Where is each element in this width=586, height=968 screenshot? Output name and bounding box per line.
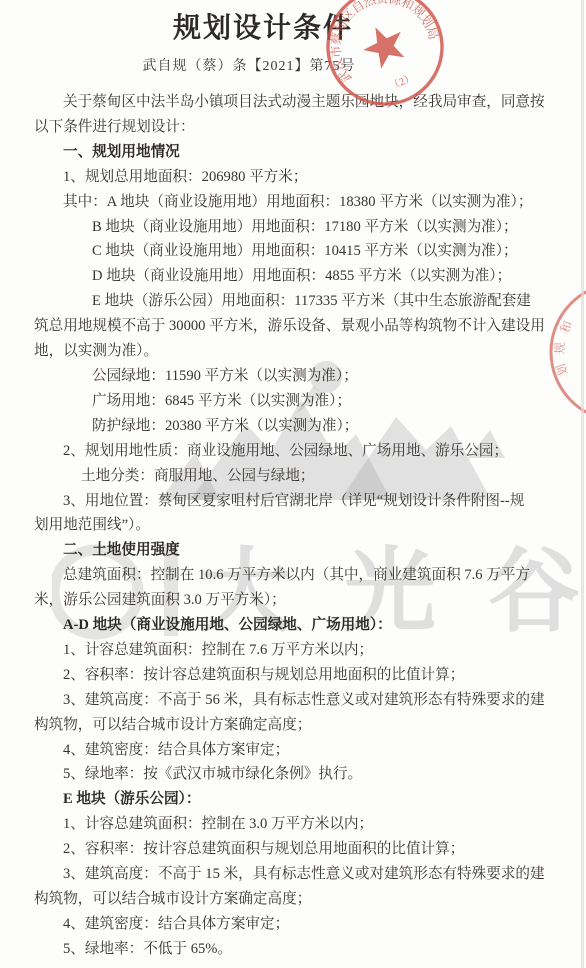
doc-line: D 地块（商业设施用地）用地面积：4855 平方米（以实测为准）； [34, 264, 560, 289]
doc-line: 4、建筑密度：结合具体方案审定； [34, 912, 560, 937]
subsection-heading: A-D 地块（商业设施用地、公园绿地、广场用地）： [34, 613, 560, 638]
red-star-icon [357, 18, 412, 72]
doc-line: 3、建筑高度：不高于 56 米，具有标志性意义或对建筑形态有特殊要求的建 [34, 688, 560, 713]
doc-line: 5、绿地率：不低于 65%。 [34, 937, 560, 962]
official-seal-stamp: 武汉市蔡甸区自然资源和规划局 （2） [306, 0, 476, 116]
doc-line: 总建筑面积：控制在 10.6 万平方米以内（其中，商业建筑面积 7.6 万平方 [34, 563, 560, 588]
doc-line: B 地块（商业设施用地）用地面积：17180 平方米（以实测为准）； [34, 215, 560, 240]
doc-line: 公园绿地：11590 平方米（以实测为准）； [34, 364, 560, 389]
side-seal-char: 规 [552, 342, 567, 354]
doc-line: 1、计容总建筑面积：控制在 3.0 万平方米以内； [34, 812, 560, 837]
doc-line: 广场用地：6845 平方米（以实测为准）； [34, 389, 560, 414]
doc-line: 划用地范围线”）。 [34, 513, 560, 538]
doc-line: 其中：A 地块（商业设施用地）用地面积：18380 平方米（以实测为准）； [34, 190, 560, 215]
doc-line: 筑总用地规模不高于 30000 平方米，游乐设备、景观小品等构筑物不计入建设用 [34, 314, 560, 339]
doc-line: 5、绿地率：按《武汉市城市绿化条例》执行。 [34, 762, 560, 787]
doc-line: 土地分类：商服用地、公园与绿地； [34, 464, 560, 489]
doc-line: 米，游乐公园建筑面积 3.0 万平方米）； [34, 588, 560, 613]
doc-line: 3、建筑高度：不高于 15 米，具有标志性意义或对建筑形态有特殊要求的建 [34, 862, 560, 887]
doc-line: 以下条件进行规划设计： [34, 115, 560, 140]
seal-number: （2） [388, 71, 417, 93]
doc-line: 构筑物，可以结合城市设计方案确定高度； [34, 713, 560, 738]
doc-line: 2、规划用地性质：商业设施用地、公园绿地、广场用地、游乐公园； [34, 439, 560, 464]
section-heading: 二、土地使用强度 [34, 538, 560, 563]
doc-line: 关于蔡甸区中法半岛小镇项目法式动漫主题乐园地块，经我局审查，同意按 [34, 90, 560, 115]
seal-org-text: 武汉市蔡甸区自然资源和规划局 [309, 0, 444, 87]
doc-line: 2、容积率：按计容总建筑面积与规划总用地面积的比值计算； [34, 837, 560, 862]
doc-line: E 地块（游乐公园）用地面积：117335 平方米（其中生态旅游配套建 [34, 289, 560, 314]
section-heading: 一、规划用地情况 [34, 140, 560, 165]
side-seal-char: 和 [558, 319, 575, 335]
scanned-document-page: 大光谷 规划设计条件 武自规（蔡）条【2021】第75号 武汉市蔡甸区自然资源和… [0, 0, 586, 968]
scan-edge-line [581, 0, 584, 968]
doc-line: 2、容积率：按计容总建筑面积与规划总用地面积的比值计算； [34, 663, 560, 688]
doc-line: 防护绿地：20380 平方米（以实测为准）； [34, 414, 560, 439]
side-seal-stamp: 和 规 划 [542, 288, 586, 420]
doc-line: 构筑物，可以结合城市设计方案确定高度； [34, 887, 560, 912]
doc-line: 3、用地位置：蔡甸区夏家咀村后官湖北岸（详见“规划设计条件附图--规 [34, 489, 560, 514]
doc-line: C 地块（商业设施用地）用地面积：10415 平方米（以实测为准）； [34, 239, 560, 264]
doc-line: 1、计容总建筑面积：控制在 7.6 万平方米以内； [34, 638, 560, 663]
doc-line: 1、规划总用地面积：206980 平方米； [34, 165, 560, 190]
doc-line: 4、建筑密度：结合具体方案审定； [34, 738, 560, 763]
document-body: 关于蔡甸区中法半岛小镇项目法式动漫主题乐园地块，经我局审查，同意按 以下条件进行… [0, 90, 586, 962]
subsection-heading: E 地块（游乐公园）： [34, 787, 560, 812]
doc-line: 地，以实测为准）。 [34, 339, 560, 364]
